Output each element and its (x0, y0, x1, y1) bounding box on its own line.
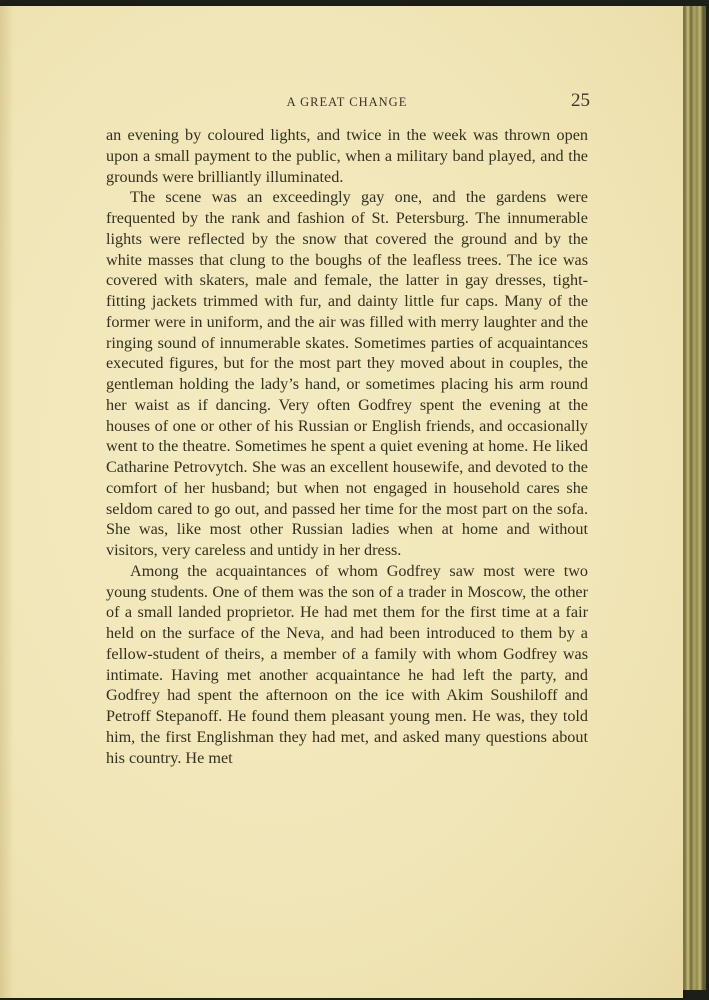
running-head: A GREAT CHANGE 25 (106, 92, 588, 114)
paragraph-students: Among the acquaintances of whom Godfrey … (106, 561, 588, 769)
paragraph-continued: an evening by coloured lights, and twice… (106, 125, 588, 187)
book-page-edges: A GREAT CHANGE 25 an evening by coloured… (0, 6, 706, 990)
book-page: A GREAT CHANGE 25 an evening by coloured… (0, 6, 683, 998)
page-number: 25 (571, 90, 590, 112)
chapter-title: A GREAT CHANGE (106, 95, 588, 110)
paragraph-gardens-scene: The scene was an exceedingly gay one, an… (106, 187, 588, 561)
body-text: an evening by coloured lights, and twice… (106, 125, 588, 768)
